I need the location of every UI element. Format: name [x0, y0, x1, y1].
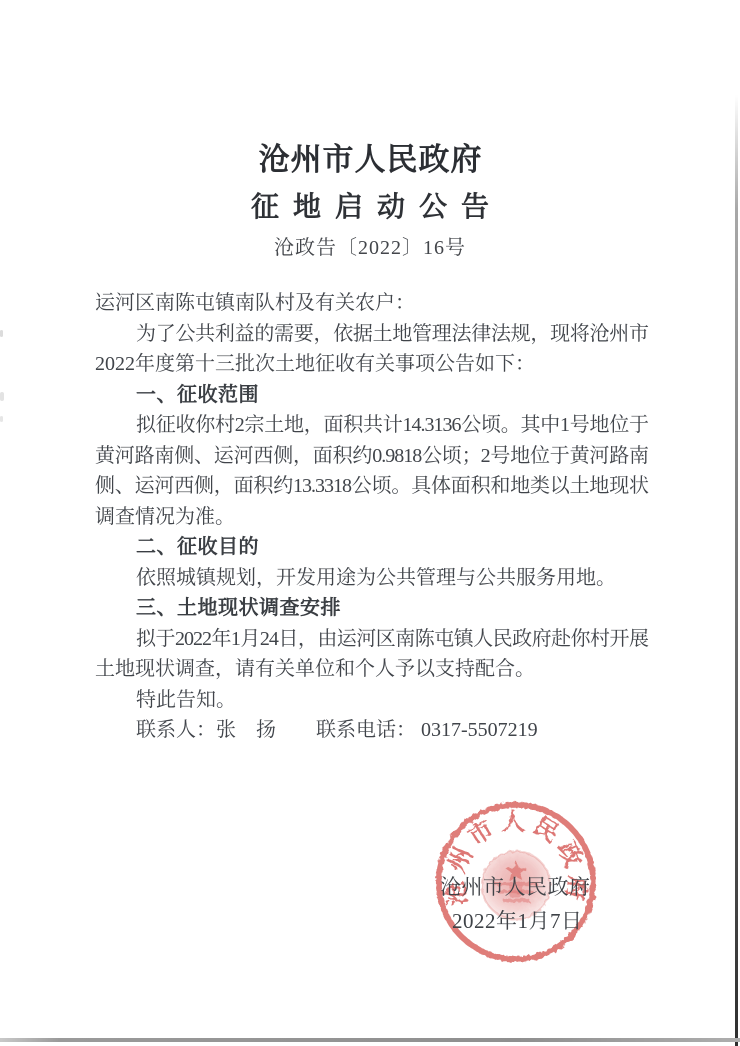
- doc-line: 侧、运河西侧，面积约13.3318公顷。具体面积和地类以土地现状: [95, 471, 648, 502]
- doc-line-contact: 联系人：张 扬 联系电话： 0317-5507219: [95, 715, 648, 746]
- doc-heading-2: 二、征收目的: [95, 532, 648, 563]
- doc-line: 调查情况为准。: [95, 502, 648, 533]
- announcement-page: 沧州市人民政府 征地启动公告 沧政告〔2022〕16号 运河区南陈屯镇南队村及有…: [0, 0, 740, 1046]
- doc-heading-3: 三、土地现状调查安排: [95, 593, 648, 624]
- doc-line: 黄河路南侧、运河西侧，面积约0.9818公顷；2号地位于黄河路南: [95, 441, 648, 472]
- scan-edge-bottom: [0, 1038, 740, 1042]
- scan-smudge: [0, 330, 3, 337]
- signature-date: 2022年1月7日: [452, 905, 583, 935]
- scan-edge-right: [735, 95, 738, 1046]
- doc-line-notice: 特此告知。: [95, 685, 648, 716]
- signature-issuer: 沧州市人民政府: [440, 871, 591, 901]
- scan-smudge: [0, 416, 3, 422]
- doc-heading-1: 一、征收范围: [95, 380, 648, 411]
- doc-line: 土地现状调查，请有关单位和个人予以支持配合。: [95, 654, 648, 685]
- doc-line: 依照城镇规划，开发用途为公共管理与公共服务用地。: [95, 563, 648, 594]
- body-text: 运河区南陈屯镇南队村及有关农户： 为了公共利益的需要，依据土地管理法律法规，现将…: [95, 288, 648, 746]
- doc-line-salutation: 运河区南陈屯镇南队村及有关农户：: [95, 288, 648, 319]
- doc-line: 拟征收你村2宗土地，面积共计14.3136公顷。其中1号地位于: [95, 410, 648, 441]
- doc-line: 拟于2022年1月24日，由运河区南陈屯镇人民政府赴你村开展: [95, 624, 648, 655]
- doc-line: 为了公共利益的需要，依据土地管理法律法规，现将沧州市: [95, 319, 648, 350]
- doc-line: 2022年度第十三批次土地征收有关事项公告如下：: [95, 349, 648, 380]
- announcement-subtitle: 征地启动公告: [0, 185, 740, 225]
- page-title: 沧州市人民政府: [0, 134, 740, 179]
- doc-number: 沧政告〔2022〕16号: [0, 231, 740, 260]
- scan-smudge: [0, 392, 4, 401]
